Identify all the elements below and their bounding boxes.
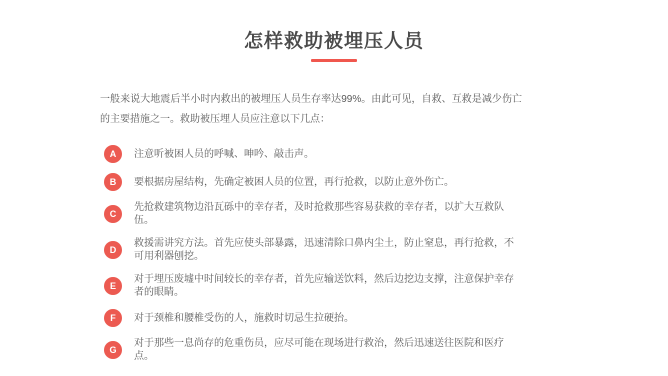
item-letter-badge: G: [104, 341, 122, 359]
list-item: A 注意听被困人员的呼喊、呻吟、敲击声。: [104, 145, 524, 163]
item-text: 救援需讲究方法。首先应使头部暴露，迅速清除口鼻内尘土，防止窒息，再行抢救，不可用…: [134, 237, 522, 263]
list-item: B 要根据房屋结构，先确定被困人员的位置，再行抢救，以防止意外伤亡。: [104, 173, 524, 191]
item-letter-badge: B: [104, 173, 122, 191]
title-underline-accent: [311, 59, 357, 62]
item-text: 要根据房屋结构，先确定被困人员的位置，再行抢救，以防止意外伤亡。: [134, 176, 522, 189]
item-letter-badge: A: [104, 145, 122, 163]
item-text: 注意听被困人员的呼喊、呻吟、敲击声。: [134, 148, 522, 161]
list-item: C 先抢救建筑物边沿瓦砾中的幸存者，及时抢救那些容易获救的幸存者，以扩大互救队伍…: [104, 201, 524, 227]
rescue-tips-list: A 注意听被困人员的呼喊、呻吟、敲击声。 B 要根据房屋结构，先确定被困人员的位…: [104, 145, 524, 373]
list-item: E 对于埋压废墟中时间较长的幸存者，首先应输送饮料，然后边挖边支撑，注意保护幸存…: [104, 273, 524, 299]
list-item: D 救援需讲究方法。首先应使头部暴露，迅速清除口鼻内尘土，防止窒息，再行抢救，不…: [104, 237, 524, 263]
article-page: 怎样救助被埋压人员 一般来说大地震后半小时内救出的被埋压人员生存率达99%。由此…: [0, 0, 668, 376]
list-item: G 对于那些一息尚存的危重伤员，应尽可能在现场进行救治，然后迅速送往医院和医疗点…: [104, 337, 524, 363]
item-text: 先抢救建筑物边沿瓦砾中的幸存者，及时抢救那些容易获救的幸存者，以扩大互救队伍。: [134, 201, 522, 227]
item-letter-badge: E: [104, 277, 122, 295]
item-letter-badge: D: [104, 241, 122, 259]
item-text: 对于颈椎和腰椎受伤的人，施救时切忌生拉硬抬。: [134, 312, 522, 325]
page-title: 怎样救助被埋压人员: [0, 30, 668, 54]
item-letter-badge: F: [104, 309, 122, 327]
item-letter-badge: C: [104, 205, 122, 223]
list-item: F 对于颈椎和腰椎受伤的人，施救时切忌生拉硬抬。: [104, 309, 524, 327]
item-text: 对于埋压废墟中时间较长的幸存者，首先应输送饮料，然后边挖边支撑，注意保护幸存者的…: [134, 273, 522, 299]
intro-paragraph: 一般来说大地震后半小时内救出的被埋压人员生存率达99%。由此可见，自救、互救是减…: [100, 90, 522, 130]
item-text: 对于那些一息尚存的危重伤员，应尽可能在现场进行救治，然后迅速送往医院和医疗点。: [134, 337, 522, 363]
